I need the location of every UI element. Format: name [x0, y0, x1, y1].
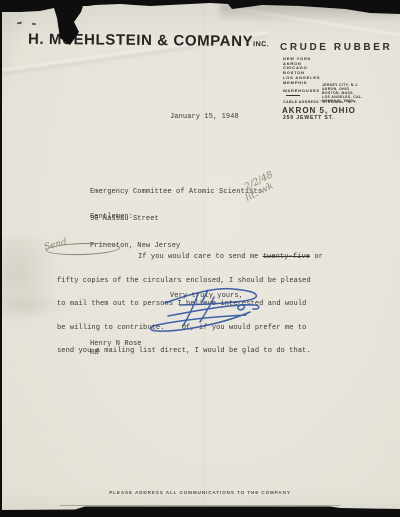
office-item: MEMPHIS	[283, 81, 320, 86]
cable-address: CABLE ADDRESS "STEINMUL" N. Y.	[283, 100, 357, 104]
circled-text: fifty copies	[57, 277, 109, 285]
body-line-1-post: or	[310, 253, 323, 261]
warehouses-underline	[286, 95, 300, 96]
recipient-line-1: Emergency Committee of Atomic Scientists	[90, 188, 262, 197]
strikethrough-text: twenty-five	[263, 253, 310, 261]
offices-list: NEW YORK AKRON CHICAGO BOSTON LOS ANGELE…	[283, 57, 320, 85]
top-scan-edge	[0, 0, 400, 50]
warehouses-label: WAREHOUSES	[283, 88, 320, 93]
bottom-scan-edge	[0, 497, 400, 517]
signer-name: Henry N Rose	[90, 340, 142, 348]
body-line-1-pre: If you would care to send me	[138, 253, 263, 261]
body-line-1: If you would care to send me twenty-five…	[57, 254, 323, 262]
akron-city-line: AKRON 5, OHIO	[282, 106, 356, 115]
left-scan-edge	[0, 0, 2, 517]
scanned-letter: H. MUEHLSTEIN & COMPANYINC. CRUDE RUBBER…	[0, 0, 400, 517]
typist-initials: RB	[90, 349, 99, 357]
street-address-line: 250 JEWETT ST.	[283, 115, 334, 121]
letter-date: January 15, 1948	[170, 113, 239, 121]
body-line-2-rest: of the circulars enclosed, I should be p…	[109, 277, 311, 285]
footer-notice: PLEASE ADDRESS ALL COMMUNICATIONS TO THE…	[0, 490, 400, 495]
handwritten-signature	[120, 285, 270, 340]
salutation: Gentlemen:	[90, 213, 133, 221]
